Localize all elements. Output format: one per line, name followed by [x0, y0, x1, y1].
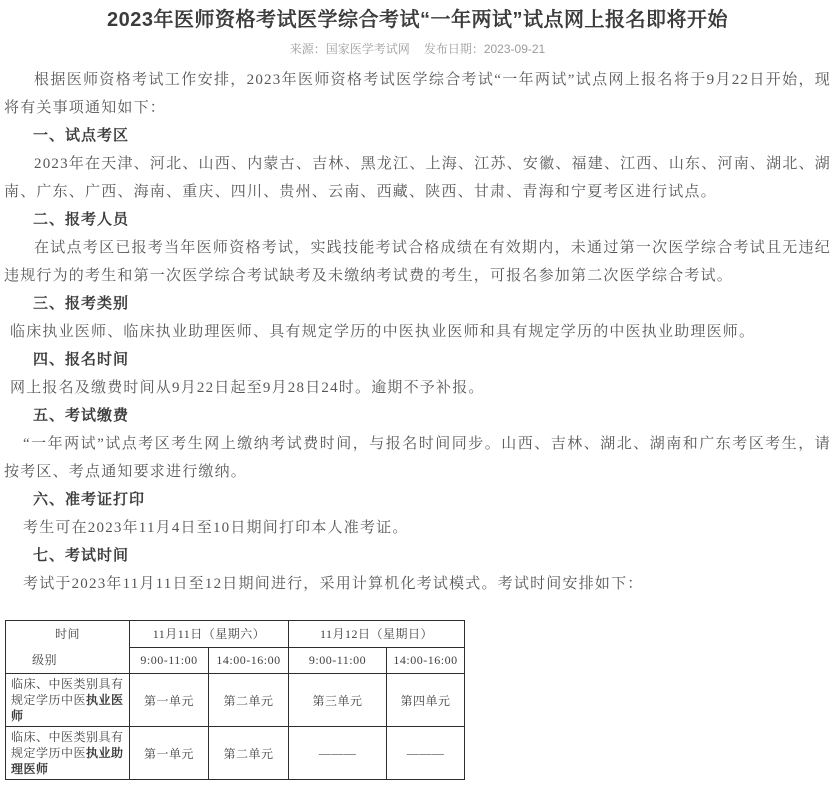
- table-row-assistant-physician: 临床、中医类别具有规定学历中医执业助理医师 第一单元 第二单元 ——— ———: [6, 727, 465, 780]
- exam-schedule-table: 时间 级别 11月11日（星期六） 11月12日（星期日） 9:00-11:00…: [5, 620, 465, 780]
- day-header-sun: 11月12日（星期日）: [289, 621, 465, 648]
- table-row-physician: 临床、中医类别具有规定学历中医执业医师 第一单元 第二单元 第三单元 第四单元: [6, 674, 465, 727]
- corner-level-label: 级别: [6, 651, 129, 673]
- section-heading-7: 七、考试时间: [4, 542, 831, 570]
- corner-time-label: 时间: [6, 621, 129, 642]
- unit-cell: 第一单元: [130, 727, 209, 780]
- section-paragraph-5: “一年两试”试点考区考生网上缴纳考试费时间，与报名时间同步。山西、吉林、湖北、湖…: [4, 430, 831, 486]
- section-heading-1: 一、试点考区: [4, 122, 831, 150]
- unit-cell: 第三单元: [289, 674, 387, 727]
- source-value: 国家医学考试网: [326, 42, 410, 56]
- time-header-4: 14:00-16:00: [387, 647, 465, 674]
- unit-cell: 第二单元: [209, 727, 289, 780]
- section-paragraph-6: 考生可在2023年11月4日至10日期间打印本人准考证。: [4, 514, 831, 542]
- time-header-1: 9:00-11:00: [130, 647, 209, 674]
- notice-page: 2023年医师资格考试医学综合考试“一年两试”试点网上报名即将开始 来源：国家医…: [0, 6, 835, 780]
- empty-unit-cell: ———: [387, 727, 465, 780]
- time-header-3: 9:00-11:00: [289, 647, 387, 674]
- section-heading-2: 二、报考人员: [4, 206, 831, 234]
- intro-paragraph: 根据医师资格考试工作安排，2023年医师资格考试医学综合考试“一年两试”试点网上…: [4, 66, 831, 122]
- day-header-sat: 11月11日（星期六）: [130, 621, 289, 648]
- section-paragraph-3: 临床执业医师、临床执业助理医师、具有规定学历的中医执业医师和具有规定学历的中医执…: [4, 318, 831, 346]
- empty-unit-cell: ———: [289, 727, 387, 780]
- corner-header-cell: 时间 级别: [6, 621, 130, 674]
- meta-line: 来源：国家医学考试网发布日期：2023-09-21: [4, 41, 831, 57]
- publish-date-value: 2023-09-21: [484, 42, 545, 56]
- section-paragraph-4: 网上报名及缴费时间从9月22日起至9月28日24时。逾期不予补报。: [4, 374, 831, 402]
- source-label: 来源：: [290, 42, 326, 56]
- unit-cell: 第二单元: [209, 674, 289, 727]
- section-heading-6: 六、准考证打印: [4, 486, 831, 514]
- row-label-assistant: 临床、中医类别具有规定学历中医执业助理医师: [6, 727, 130, 780]
- section-heading-4: 四、报名时间: [4, 346, 831, 374]
- unit-cell: 第四单元: [387, 674, 465, 727]
- table-row-days: 时间 级别 11月11日（星期六） 11月12日（星期日）: [6, 621, 465, 648]
- corner-header: 时间 级别: [6, 621, 129, 673]
- section-heading-3: 三、报考类别: [4, 290, 831, 318]
- publish-date-label: 发布日期：: [424, 42, 484, 56]
- row-label-physician: 临床、中医类别具有规定学历中医执业医师: [6, 674, 130, 727]
- section-paragraph-7: 考试于2023年11月11日至12日期间进行，采用计算机化考试模式。考试时间安排…: [4, 570, 831, 598]
- unit-cell: 第一单元: [130, 674, 209, 727]
- time-header-2: 14:00-16:00: [209, 647, 289, 674]
- exam-schedule-table-container: 时间 级别 11月11日（星期六） 11月12日（星期日） 9:00-11:00…: [4, 620, 831, 780]
- section-heading-5: 五、考试缴费: [4, 402, 831, 430]
- page-title: 2023年医师资格考试医学综合考试“一年两试”试点网上报名即将开始: [4, 6, 831, 34]
- article-body: 根据医师资格考试工作安排，2023年医师资格考试医学综合考试“一年两试”试点网上…: [4, 66, 831, 598]
- section-paragraph-2: 在试点考区已报考当年医师资格考试，实践技能考试合格成绩在有效期内，未通过第一次医…: [4, 234, 831, 290]
- section-paragraph-1: 2023年在天津、河北、山西、内蒙古、吉林、黑龙江、上海、江苏、安徽、福建、江西…: [4, 150, 831, 206]
